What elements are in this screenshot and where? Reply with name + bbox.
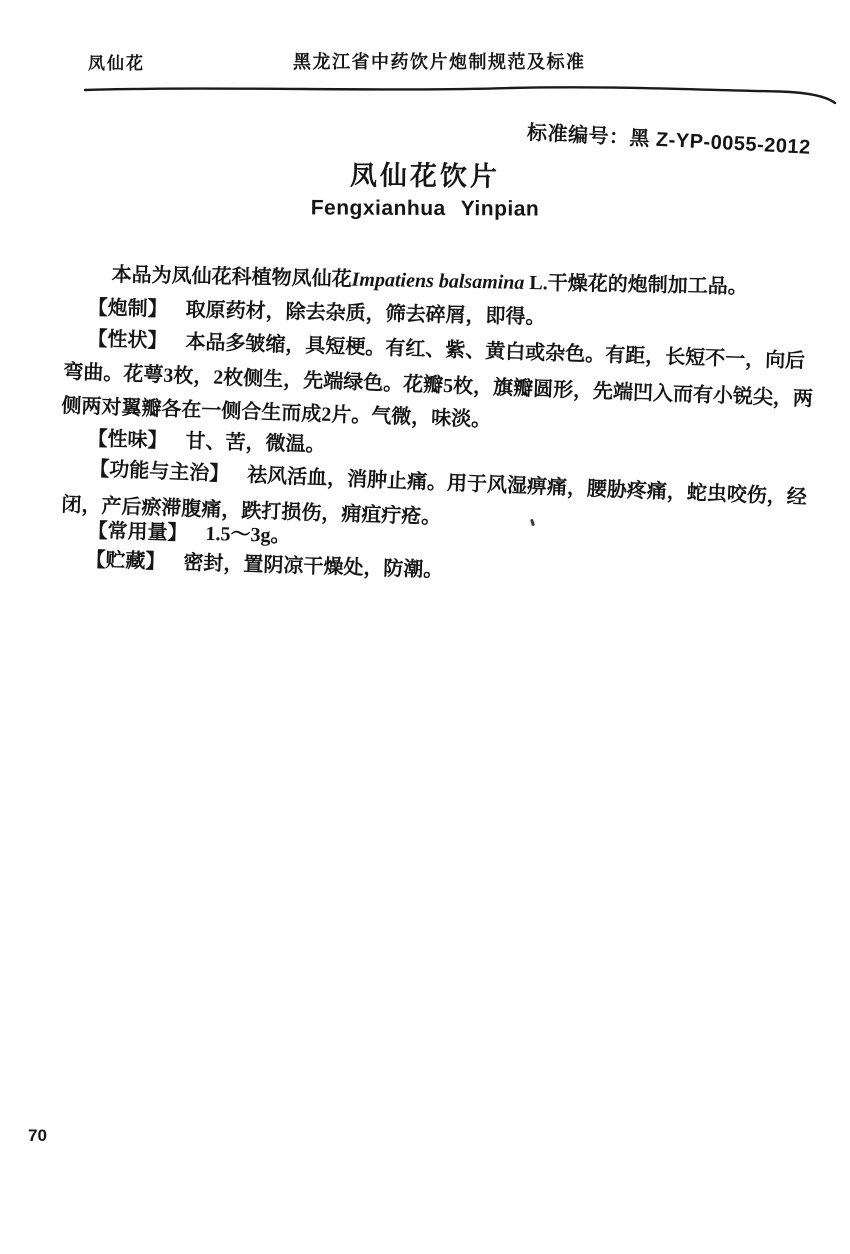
section-label-changyongliang: 【常用量】	[87, 520, 188, 544]
section-text: 密封，置阴凉干燥处，防潮。	[183, 552, 444, 582]
document-page: 凤仙花 黑龙江省中药饮片炮制规范及标准 标准编号：黑 Z-YP-0055-201…	[0, 0, 850, 1254]
header-herb-name: 凤仙花	[88, 49, 145, 74]
section-text: 甘、苦，微温。	[185, 431, 326, 457]
page-title: 凤仙花饮片	[0, 151, 850, 196]
scan-speck	[530, 519, 535, 527]
intro-text-pre: 本品为凤仙花科植物凤仙花	[111, 264, 351, 291]
section-changyongliang: 【常用量】1.5～3g。	[87, 514, 291, 548]
section-text: 取原药材，除去杂质，筛去碎屑，即得。	[185, 299, 545, 329]
section-label-zhucang: 【贮藏】	[85, 549, 166, 573]
header-rule	[80, 82, 840, 110]
intro-text-post: L.干燥花的炮制加工品。	[524, 272, 748, 298]
latin-botanical-name: Impatiens balsamina	[351, 269, 524, 294]
standard-number: 标准编号：黑 Z-YP-0055-2012	[526, 116, 811, 160]
page-number: 70	[28, 1126, 47, 1146]
section-xingwei: 【性味】甘、苦，微温。	[87, 422, 326, 457]
title-pinyin: Fengxianhua Yinpian	[0, 195, 850, 223]
section-label-xingwei: 【性味】	[87, 428, 168, 452]
section-label-gongneng-zhuzhi: 【功能与主治】	[89, 458, 230, 486]
section-label-paozhi: 【炮制】	[87, 297, 167, 321]
section-zhucang: 【贮藏】密封，置阴凉干燥处，防潮。	[85, 543, 444, 583]
header-book-title: 黑龙江省中药饮片炮制规范及标准	[293, 48, 586, 74]
section-text: 1.5～3g。	[205, 523, 291, 547]
section-label-xingzhuang: 【性状】	[87, 328, 168, 353]
